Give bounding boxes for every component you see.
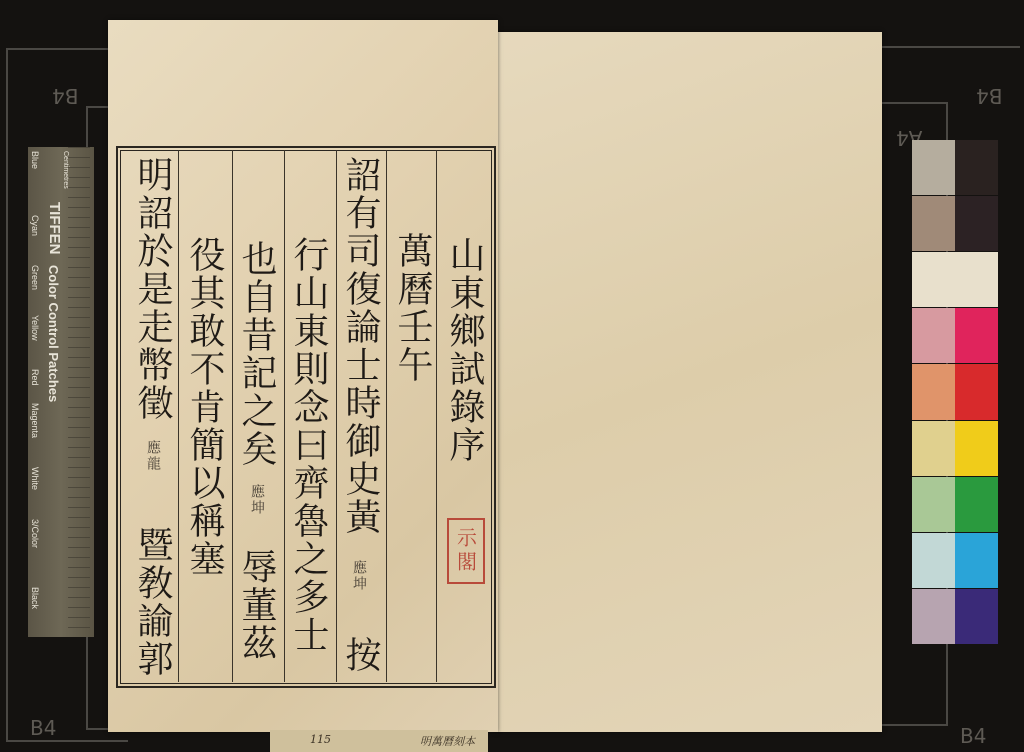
right-page bbox=[494, 32, 882, 732]
strip-color-label: Blue bbox=[30, 151, 40, 169]
color-patch bbox=[955, 196, 998, 251]
column-text: 萬曆壬午 bbox=[394, 232, 430, 384]
column-note: 應坤 bbox=[352, 560, 366, 592]
mat-label: B4 bbox=[960, 724, 986, 748]
mat-guide-right-outer bbox=[880, 46, 1020, 51]
slip-label: 明萬曆刻本 bbox=[420, 733, 475, 749]
color-patch bbox=[955, 533, 998, 588]
strip-unit: Centimetres bbox=[62, 151, 69, 189]
column-text: 詔有司復論士時御史黃 bbox=[342, 156, 378, 536]
catalog-slip: 115 明萬曆刻本 bbox=[270, 730, 488, 752]
strip-color-label: Cyan bbox=[30, 215, 40, 236]
column-text: 也自昔記之矣 bbox=[238, 240, 274, 468]
slip-number: 115 bbox=[310, 733, 331, 746]
color-patch bbox=[912, 589, 955, 644]
color-patch bbox=[955, 252, 998, 307]
column-note: 應坤 bbox=[250, 484, 264, 516]
color-patch bbox=[912, 140, 955, 195]
color-patch bbox=[955, 421, 998, 476]
column-rule bbox=[386, 150, 437, 682]
color-patch bbox=[912, 196, 955, 251]
color-patch bbox=[955, 140, 998, 195]
column-text: 暨敎諭郭 bbox=[134, 526, 170, 678]
strip-title: Color Control Patches bbox=[46, 265, 61, 402]
mat-label: B4 bbox=[30, 716, 56, 740]
strip-color-label: Green bbox=[30, 265, 40, 290]
strip-brand: TIFFEN bbox=[46, 202, 63, 255]
color-patch bbox=[955, 308, 998, 363]
strip-color-label: White bbox=[30, 467, 40, 490]
color-patch bbox=[912, 252, 955, 307]
strip-color-label: Red bbox=[30, 369, 40, 386]
strip-color-label: Yellow bbox=[30, 315, 40, 341]
color-patch bbox=[912, 533, 955, 588]
color-patch bbox=[955, 589, 998, 644]
column-text: 明詔於是走幣徵 bbox=[134, 156, 170, 422]
strip-color-label: Black bbox=[30, 587, 40, 609]
color-patch bbox=[955, 364, 998, 419]
color-patch bbox=[912, 477, 955, 532]
color-patch bbox=[912, 421, 955, 476]
mat-label: B4 bbox=[52, 84, 78, 108]
column-title: 山東鄉試錄序 bbox=[446, 236, 482, 464]
strip-color-label: Magenta bbox=[30, 403, 40, 438]
column-text: 行山東則念曰齊魯之多士 bbox=[290, 236, 326, 654]
red-seal-stamp: 示閣 bbox=[447, 518, 485, 584]
column-text: 按 bbox=[342, 636, 378, 674]
color-patch-chart bbox=[912, 140, 998, 645]
column-note: 應龍 bbox=[146, 440, 160, 472]
color-patch bbox=[955, 477, 998, 532]
column-text: 役其敢不肯簡以稱塞 bbox=[186, 236, 222, 578]
column-text: 辱董茲 bbox=[238, 548, 274, 662]
tiffen-color-strip: TIFFEN Color Control Patches Centimetres… bbox=[28, 147, 94, 637]
color-patch bbox=[912, 364, 955, 419]
color-patch bbox=[912, 308, 955, 363]
mat-label: B4 bbox=[976, 84, 1002, 108]
ruler-ticks bbox=[68, 147, 90, 637]
strip-color-label: 3/Color bbox=[30, 519, 40, 548]
